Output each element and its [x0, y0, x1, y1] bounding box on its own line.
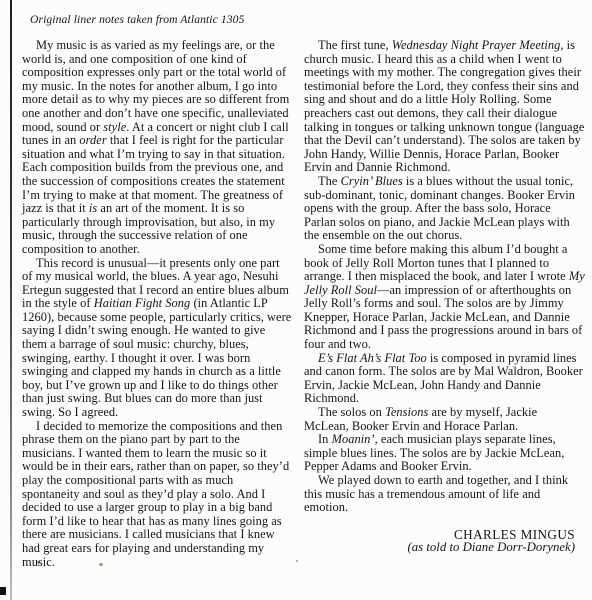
paragraph: My music is as varied as my feelings are… — [22, 39, 293, 257]
text-segment: I decided to memorize the compositions a… — [22, 419, 289, 569]
italic-text: order — [79, 133, 106, 147]
paragraph: In Moanin’, each musician plays separate… — [304, 433, 585, 474]
paragraph: E’s Flat Ah’s Flat Too is composed in py… — [304, 352, 585, 406]
signature-block: CHARLES MINGUS (as told to Diane Dorr-Do… — [304, 528, 585, 555]
text-segment: Some time before making this album I’d b… — [304, 242, 569, 283]
paragraph: I decided to memorize the compositions a… — [22, 420, 293, 570]
text-segment: , is church music. I heard this as a chi… — [304, 38, 584, 174]
text-segment: (in Atlantic LP 1260), because some peop… — [22, 296, 291, 419]
text-segment: We played down to earth and together, an… — [304, 473, 568, 514]
paragraph: The solos on Tensions are by myself, Jac… — [304, 406, 585, 433]
text-columns: My music is as varied as my feelings are… — [22, 39, 585, 569]
text-segment: The solos on — [318, 405, 385, 419]
italic-text: E’s Flat Ah’s Flat Too — [318, 351, 427, 365]
italic-text: is — [89, 201, 97, 215]
liner-notes-scan: Original liner notes taken from Atlantic… — [0, 0, 592, 600]
header-note: Original liner notes taken from Atlantic… — [30, 13, 244, 26]
text-segment: The first tune, — [318, 38, 392, 52]
italic-text: Tensions — [385, 405, 428, 419]
left-border-line — [10, 0, 12, 600]
paragraph: The first tune, Wednesday Night Prayer M… — [304, 39, 585, 175]
text-segment: The — [318, 174, 341, 188]
italic-text: Moanin’ — [332, 432, 375, 446]
signature-name: CHARLES MINGUS — [304, 528, 575, 542]
paragraph: The Cryin’ Blues is a blues without the … — [304, 175, 585, 243]
paragraph: We played down to earth and together, an… — [304, 474, 585, 515]
italic-text: Haitian Fight Song — [94, 296, 191, 310]
text-segment: In — [318, 432, 332, 446]
italic-text: style — [103, 120, 126, 134]
italic-text: Wednesday Night Prayer Meeting — [392, 38, 561, 52]
italic-text: Cryin’ Blues — [341, 174, 403, 188]
right-column: The first tune, Wednesday Night Prayer M… — [304, 39, 585, 569]
signature-credit: (as told to Diane Dorr-Dorynek) — [304, 541, 575, 555]
left-column: My music is as varied as my feelings are… — [22, 39, 293, 569]
right-column-text: The first tune, Wednesday Night Prayer M… — [304, 39, 585, 515]
corner-registration-mark — [0, 587, 6, 595]
paragraph: This record is unusual—it presents only … — [22, 257, 293, 420]
paragraph: Some time before making this album I’d b… — [304, 243, 585, 352]
